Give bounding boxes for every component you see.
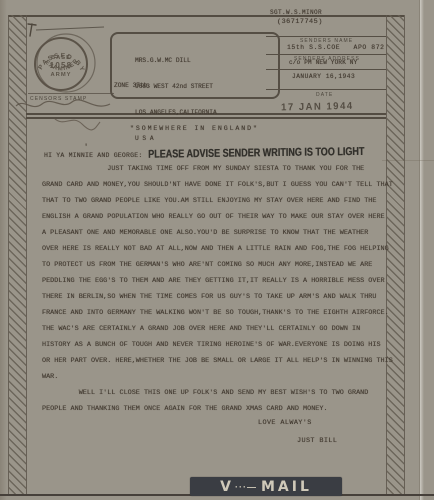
letter-date: JANUARY 16,1943 <box>292 73 355 80</box>
body-line: TO PROTECT US FROM THE GERMAN'S WHO ARE'… <box>42 257 393 273</box>
body-line: THAT TO TWO GRAND PEOPLE LIKE YOU.AM STI… <box>42 193 393 209</box>
sender-address-field-line <box>266 54 386 55</box>
body-line: HISTORY AS A BUNCH OF TOUGH AND NEVER TI… <box>42 337 393 353</box>
vmail-logo-v: V <box>220 479 231 495</box>
body-line: OVER HERE IS REALLY NOT BAD AT ALL,NOW A… <box>42 241 393 257</box>
date-field-bottom-line <box>266 89 386 90</box>
body-line: PEOPLE AND THANKING THEM ONCE AGAIN FOR … <box>42 401 393 417</box>
censor-stamp-icon: PASSED BY EXAMINER BASE 1058 ARMY <box>26 31 104 99</box>
vertical-fold-highlight <box>420 0 424 500</box>
body-line: THE WAC'S ARE CERTAINLY A GRAND JOB OVER… <box>42 321 393 337</box>
vmail-letter-page: PASSED BY EXAMINER BASE 1058 ARMY CENSOR… <box>0 0 434 500</box>
svg-text:ARMY: ARMY <box>50 72 71 78</box>
sender-name-field-line <box>266 36 386 37</box>
vmail-logo: V ···— MAIL <box>190 477 342 496</box>
recipient-zone: ZONE 37th. <box>114 82 151 89</box>
sender-name-typed: SGT.W.S.MINOR <box>270 9 322 16</box>
body-line: FRANCE AND INTO GERMANY THE WALKING WON'… <box>42 305 393 321</box>
body-line: THERE IN BERLIN,SO WHEN THE TIME COMES F… <box>42 289 393 305</box>
body-line: ENGLISH A GRAND POPULATION WHO REALLY GO… <box>42 209 393 225</box>
recipient-country: U S A <box>135 135 217 144</box>
body-line: GRAND CARD AND MONEY,YOU SHOULD'NT HAVE … <box>42 177 393 193</box>
letter-location: "SOMEWHERE IN ENGLAND" <box>130 125 259 132</box>
body-line: A PLEASANT ONE AND MEMORABLE ONE ALSO.YO… <box>42 225 393 241</box>
censor-signature <box>10 96 140 138</box>
body-line: JUST TAKING TIME OFF FROM MY SUNDAY SIES… <box>42 161 393 177</box>
left-hatched-border <box>8 15 27 495</box>
vmail-logo-mail: MAIL <box>261 479 312 495</box>
censor-signature-line <box>28 93 114 94</box>
signature-line: JUST BILL <box>297 437 337 445</box>
body-line: PEDDLING THE EGG'S TO THEM AND ARE THEY … <box>42 273 393 289</box>
date-field-top-line <box>266 69 386 70</box>
stray-apostrophe-mark: ' <box>84 144 88 152</box>
form-top-border <box>8 15 404 17</box>
recipient-address: MRS.G.W.MC DILL 9663 WEST 42nd STREET LO… <box>135 40 217 160</box>
svg-text:1058: 1058 <box>50 61 73 70</box>
recipient-name: MRS.G.W.MC DILL <box>135 57 217 66</box>
body-line: WAR. <box>42 369 393 385</box>
date-label: DATE <box>316 92 333 98</box>
sender-address-typed: c/o PM NEW YORK NY <box>289 59 357 66</box>
sender-serial-number: (36717745) <box>277 18 323 26</box>
letter-body: JUST TAKING TIME OFF FROM MY SUNDAY SIES… <box>42 161 393 417</box>
sender-unit-apo: 15th S.S.COE APO 872 <box>287 44 385 51</box>
salutation: HI YA MINNIE AND GEORGE: <box>44 152 142 159</box>
body-line: OR HER PART OVER. HERE,WHETHER THE JOB B… <box>42 353 393 369</box>
body-line: WELL I'LL CLOSE THIS ONE UP FOLK'S AND S… <box>42 385 393 401</box>
received-date-stamp: 17 JAN 1944 <box>281 100 354 113</box>
paper-edge-shadow <box>0 0 7 500</box>
writing-too-light-stamp: PLEASE ADVISE SENDER WRITING IS TOO LIGH… <box>148 145 364 161</box>
recipient-city: LOS ANGELES,CALIFORNIA <box>135 109 217 118</box>
closing-line: LOVE ALWAY'S <box>258 419 312 427</box>
vmail-morse-code: ···— <box>235 482 257 492</box>
